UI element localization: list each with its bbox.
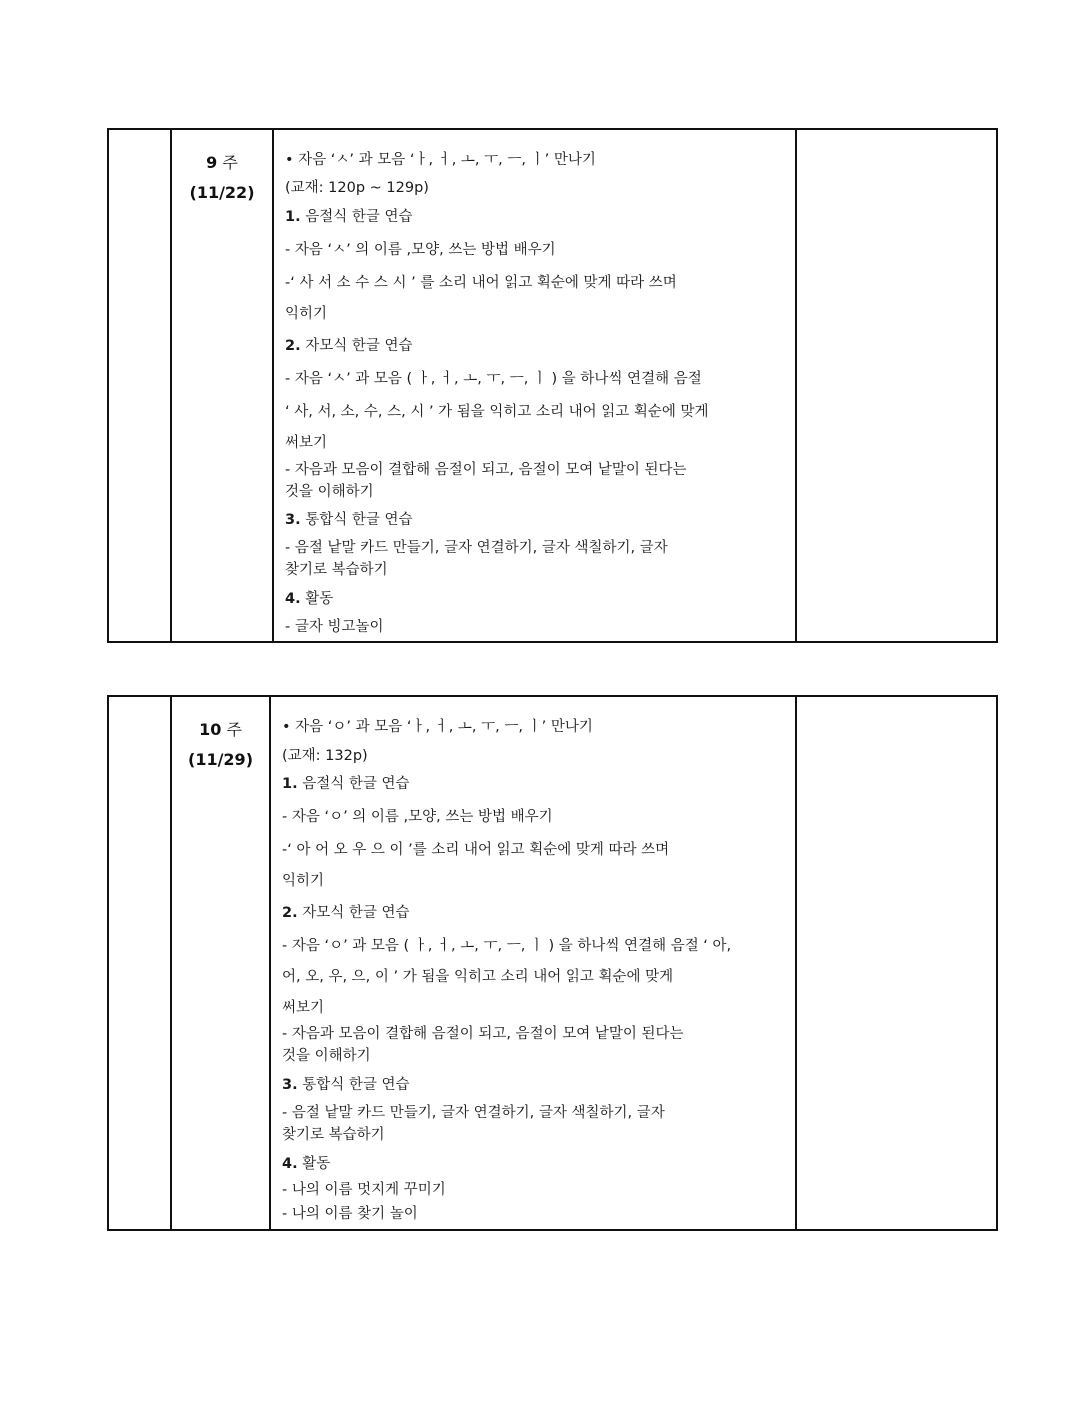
- content-line: 어, 오, 우, 으, 이 ’ 가 됨을 익히고 소리 내어 읽고 획순에 맞게: [282, 965, 673, 986]
- content-line: - 자음 ‘ㅅ’ 의 이름 ,모양, 쓰는 방법 배우기: [285, 238, 556, 259]
- content-line: 것을 이해하기: [282, 1044, 371, 1065]
- column-divider: [272, 130, 274, 641]
- line-text: 익히기: [285, 306, 327, 322]
- week-date: (11/29): [172, 745, 269, 775]
- line-text: -‘ 사 서 소 수 스 시 ’ 를 소리 내어 읽고 획순에 맞게 따라 쓰며: [285, 275, 677, 291]
- line-text: 음절식 한글 연습: [301, 209, 413, 225]
- content-line: - 자음과 모음이 결합해 음절이 되고, 음절이 모여 낱말이 된다는: [282, 1022, 684, 1043]
- content-line: 써보기: [285, 431, 327, 452]
- line-text: - 음절 낱말 카드 만들기, 글자 연결하기, 글자 색칠하기, 글자: [282, 1105, 665, 1121]
- line-text: - 음절 낱말 카드 만들기, 글자 연결하기, 글자 색칠하기, 글자: [285, 540, 668, 556]
- line-text: - 자음 ‘ㅅ’ 과 모음 ( ㅏ, ㅓ, ㅗ, ㅜ, ㅡ, ㅣ ) 을 하나씩…: [285, 371, 702, 387]
- line-text: 익히기: [282, 873, 324, 889]
- line-text: 자모식 한글 연습: [298, 905, 410, 921]
- line-text: 어, 오, 우, 으, 이 ’ 가 됨을 익히고 소리 내어 읽고 획순에 맞게: [282, 969, 673, 985]
- line-text: • 자음 ‘ㅅ’ 과 모음 ‘ㅏ, ㅓ, ㅗ, ㅜ, ㅡ, ㅣ’ 만나기: [285, 152, 596, 168]
- line-text: - 글자 빙고놀이: [285, 619, 384, 635]
- content-line: - 자음 ‘ㅇ’ 의 이름 ,모양, 쓰는 방법 배우기: [282, 805, 553, 826]
- content-line: (교재: 120p ~ 129p): [285, 176, 429, 197]
- content-line: 익히기: [285, 302, 327, 323]
- content-line: 3. 통합식 한글 연습: [285, 508, 413, 529]
- content-line: -‘ 아 어 오 우 으 이 ’를 소리 내어 읽고 획순에 맞게 따라 쓰며: [282, 838, 669, 859]
- content-line: 익히기: [282, 869, 324, 890]
- content-line: - 글자 빙고놀이: [285, 615, 384, 636]
- line-text: (교재: 132p): [282, 748, 368, 764]
- content-line: • 자음 ‘ㅅ’ 과 모음 ‘ㅏ, ㅓ, ㅗ, ㅜ, ㅡ, ㅣ’ 만나기: [285, 148, 596, 169]
- section-number: 4.: [285, 591, 301, 607]
- content-line: 찾기로 복습하기: [285, 558, 388, 579]
- line-text: 음절식 한글 연습: [298, 776, 410, 792]
- content-line: - 자음 ‘ㅇ’ 과 모음 ( ㅏ, ㅓ, ㅗ, ㅜ, ㅡ, ㅣ ) 을 하나씩…: [282, 934, 731, 955]
- line-text: 자모식 한글 연습: [301, 338, 413, 354]
- content-line: • 자음 ‘ㅇ’ 과 모음 ‘ㅏ, ㅓ, ㅗ, ㅜ, ㅡ, ㅣ’ 만나기: [282, 715, 593, 736]
- section-number: 4.: [282, 1156, 298, 1172]
- content-line: - 음절 낱말 카드 만들기, 글자 연결하기, 글자 색칠하기, 글자: [282, 1101, 665, 1122]
- week-10-table: 10 주 (11/29) • 자음 ‘ㅇ’ 과 모음 ‘ㅏ, ㅓ, ㅗ, ㅜ, …: [107, 695, 998, 1231]
- line-text: 것을 이해하기: [282, 1048, 371, 1064]
- content-line: 4. 활동: [282, 1152, 330, 1173]
- week-9-table: 9 주 (11/22) • 자음 ‘ㅅ’ 과 모음 ‘ㅏ, ㅓ, ㅗ, ㅜ, ㅡ…: [107, 128, 998, 643]
- line-text: - 나의 이름 멋지게 꾸미기: [282, 1182, 446, 1198]
- week-cell: 9 주 (11/22): [172, 130, 272, 641]
- section-number: 2.: [282, 905, 298, 921]
- line-text: - 자음과 모음이 결합해 음절이 되고, 음절이 모여 낱말이 된다는: [285, 462, 687, 478]
- line-text: 활동: [298, 1156, 331, 1172]
- week-cell: 10 주 (11/29): [172, 697, 269, 1229]
- line-text: 찾기로 복습하기: [285, 562, 388, 578]
- content-line: - 나의 이름 멋지게 꾸미기: [282, 1178, 446, 1199]
- week-label: 10 주: [172, 715, 269, 745]
- column-divider: [269, 697, 271, 1229]
- week-label: 9 주: [172, 148, 272, 178]
- content-line: - 자음 ‘ㅅ’ 과 모음 ( ㅏ, ㅓ, ㅗ, ㅜ, ㅡ, ㅣ ) 을 하나씩…: [285, 367, 702, 388]
- line-text: 통합식 한글 연습: [298, 1077, 410, 1093]
- section-number: 2.: [285, 338, 301, 354]
- section-number: 3.: [282, 1077, 298, 1093]
- line-text: - 자음과 모음이 결합해 음절이 되고, 음절이 모여 낱말이 된다는: [282, 1026, 684, 1042]
- line-text: 활동: [301, 591, 334, 607]
- content-line: 3. 통합식 한글 연습: [282, 1073, 410, 1094]
- line-text: - 자음 ‘ㅇ’ 의 이름 ,모양, 쓰는 방법 배우기: [282, 809, 553, 825]
- line-text: - 자음 ‘ㅇ’ 과 모음 ( ㅏ, ㅓ, ㅗ, ㅜ, ㅡ, ㅣ ) 을 하나씩…: [282, 938, 731, 954]
- line-text: 써보기: [285, 435, 327, 451]
- content-line: 2. 자모식 한글 연습: [282, 901, 410, 922]
- line-text: (교재: 120p ~ 129p): [285, 180, 429, 196]
- section-number: 1.: [282, 776, 298, 792]
- line-text: - 나의 이름 찾기 놀이: [282, 1206, 418, 1222]
- content-line: - 음절 낱말 카드 만들기, 글자 연결하기, 글자 색칠하기, 글자: [285, 536, 668, 557]
- content-line: 1. 음절식 한글 연습: [285, 205, 413, 226]
- line-text: -‘ 아 어 오 우 으 이 ’를 소리 내어 읽고 획순에 맞게 따라 쓰며: [282, 842, 669, 858]
- line-text: - 자음 ‘ㅅ’ 의 이름 ,모양, 쓰는 방법 배우기: [285, 242, 556, 258]
- content-line: 2. 자모식 한글 연습: [285, 334, 413, 355]
- content-line: - 나의 이름 찾기 놀이: [282, 1202, 418, 1223]
- content-line: 찾기로 복습하기: [282, 1123, 385, 1144]
- content-line: 4. 활동: [285, 587, 333, 608]
- week-date: (11/22): [172, 178, 272, 208]
- content-line: 써보기: [282, 996, 324, 1017]
- content-line: ‘ 사, 서, 소, 수, 스, 시 ’ 가 됨을 익히고 소리 내어 읽고 획…: [285, 400, 709, 421]
- content-line: -‘ 사 서 소 수 스 시 ’ 를 소리 내어 읽고 획순에 맞게 따라 쓰며: [285, 271, 677, 292]
- content-line: (교재: 132p): [282, 744, 368, 765]
- line-text: ‘ 사, 서, 소, 수, 스, 시 ’ 가 됨을 익히고 소리 내어 읽고 획…: [285, 404, 709, 420]
- content-line: 것을 이해하기: [285, 480, 374, 501]
- line-text: 써보기: [282, 1000, 324, 1016]
- content-line: - 자음과 모음이 결합해 음절이 되고, 음절이 모여 낱말이 된다는: [285, 458, 687, 479]
- line-text: 것을 이해하기: [285, 484, 374, 500]
- line-text: 통합식 한글 연습: [301, 512, 413, 528]
- line-text: • 자음 ‘ㅇ’ 과 모음 ‘ㅏ, ㅓ, ㅗ, ㅜ, ㅡ, ㅣ’ 만나기: [282, 719, 593, 735]
- section-number: 1.: [285, 209, 301, 225]
- column-divider: [795, 130, 797, 641]
- content-line: 1. 음절식 한글 연습: [282, 772, 410, 793]
- column-divider: [795, 697, 797, 1229]
- section-number: 3.: [285, 512, 301, 528]
- line-text: 찾기로 복습하기: [282, 1127, 385, 1143]
